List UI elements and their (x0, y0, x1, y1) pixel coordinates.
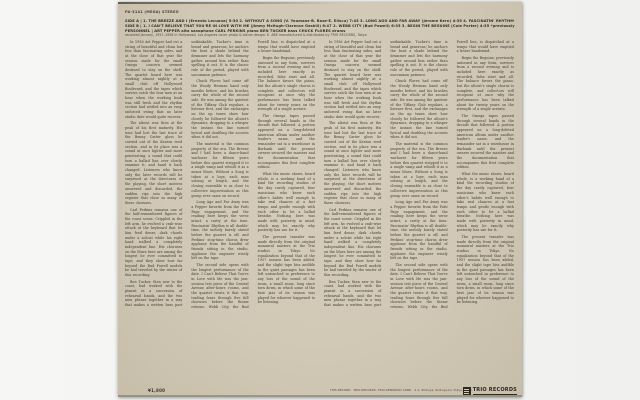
liner-notes-paragraph: The Omega tapes passed through several h… (258, 114, 315, 170)
liner-notes-paragraph: The altoist was then at the peak of his … (324, 121, 381, 205)
liner-notes-paragraph: Chuck Flores had come off the Woody Herm… (390, 79, 447, 140)
liner-notes: In 1956 Art Pepper had cut a string of b… (125, 40, 514, 384)
liner-notes-paragraph: Carl Perkins remains one of the half-rem… (125, 208, 182, 278)
liner-notes-paragraph: The material is the common property of t… (191, 142, 248, 198)
liner-notes-paragraph: What the music shows, heard whole, is a … (457, 172, 514, 233)
price-label: ¥1,800 (148, 388, 165, 393)
liner-notes-paragraph: Carl Perkins remains one of the half-rem… (324, 208, 381, 278)
liner-notes-paragraph: Chuck Flores had come off the Woody Herm… (191, 79, 248, 140)
album-back-cover: PA-3141 (MEGA) STEREO SIDE A | 1. THE BR… (118, 2, 522, 397)
liner-notes-paragraph: Begin the Beguine, previously unissued i… (258, 56, 315, 112)
liner-notes-paragraph: Long Ago and Far Away was a Pepper favor… (390, 200, 447, 261)
record-label-logo: TRIO RECORDS (463, 387, 517, 395)
tracklist-header: SIDE A | 1. THE BREEZE AND I (Ernesto Le… (125, 19, 515, 38)
liner-notes-paragraph: In 1956 Art Pepper had cut a string of b… (324, 40, 381, 119)
record-label-name: TRIO RECORDS (473, 387, 517, 395)
liner-notes-paragraph: The Omega tapes passed through several h… (457, 114, 514, 170)
liner-notes-paragraph: The material is the common property of t… (390, 142, 447, 198)
catalog-number: PA-3141 (MEGA) STEREO (125, 10, 179, 14)
imprint-line: THIS RECORD · TRIO RECORDS, TRIO-KENWOOD… (330, 388, 472, 392)
side-b-tracklist: SIDE B | 1. I CAN'T BELIEVE THAT YOU'RE … (125, 24, 515, 29)
liner-notes-paragraph: What the music shows, heard whole, is a … (258, 172, 315, 233)
liner-notes-paragraph: In 1956 Art Pepper had cut a string of b… (125, 40, 182, 119)
trio-records-logo-icon (463, 387, 471, 395)
recording-credits-line: recorded January, 1957–1958 in Hollywood… (125, 33, 515, 38)
liner-notes-paragraph: The present transfer was made directly f… (457, 235, 514, 305)
liner-notes-paragraph: Begin the Beguine, previously unissued i… (457, 56, 514, 112)
liner-notes-paragraph: The altoist was then at the peak of his … (125, 121, 182, 205)
liner-notes-paragraph: The present transfer was made directly f… (258, 235, 315, 305)
liner-notes-paragraph: Long Ago and Far Away was a Pepper favor… (191, 200, 248, 261)
